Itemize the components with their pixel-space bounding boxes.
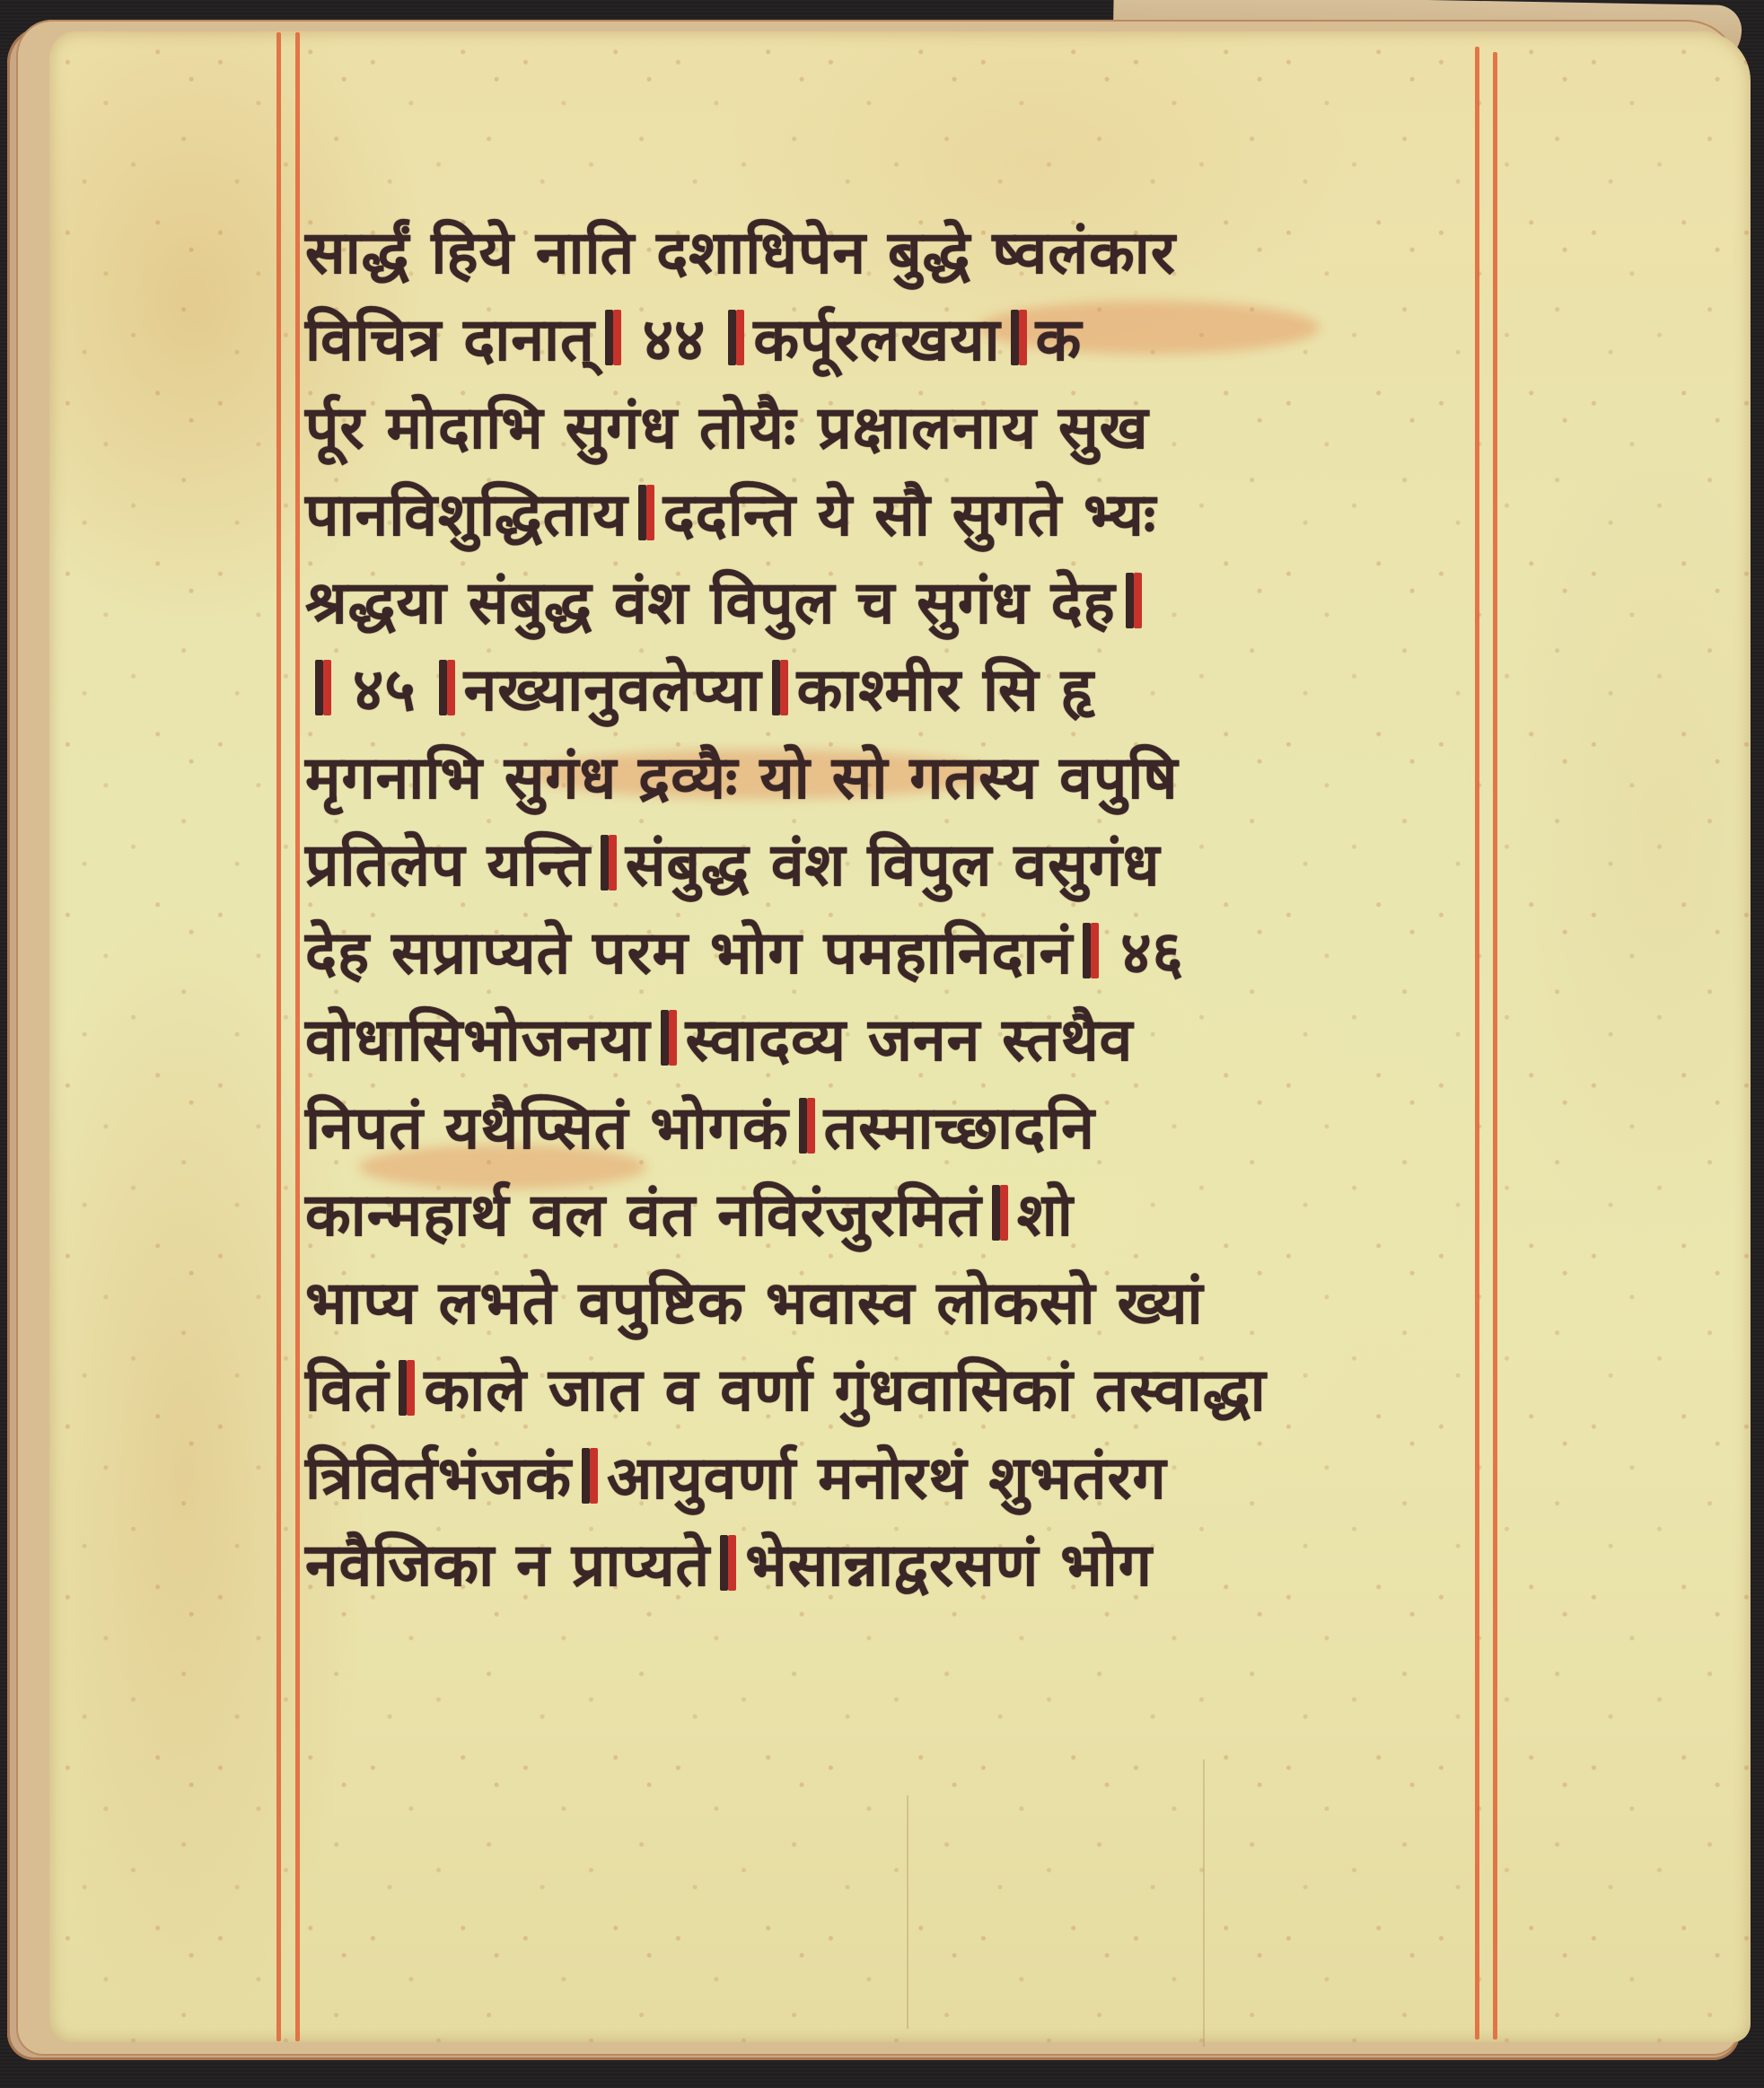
text-segment: कर्पूरलखया xyxy=(753,297,1000,378)
text-segment: काले जात व वर्णा गुंधवासिकां तस्वाद्धा xyxy=(424,1347,1266,1428)
text-segment: स्वादव्य जनन स्तथैव xyxy=(686,997,1134,1078)
text-segment: श्रद्धया संबुद्ध वंश विपुल च सुगंध देह xyxy=(305,560,1116,641)
verse-number-45: ४५ xyxy=(353,647,417,728)
text-segment: देह सप्राप्यते परम भोग पमहानिदानं xyxy=(305,910,1073,991)
verse-number-44: ४४ xyxy=(643,297,706,378)
text-line-16: नवैजिका न प्राप्यते भेसान्नाद्वरसणं भोग xyxy=(305,1520,1472,1608)
text-line-7: मृगनाभि सुगंध द्रव्यैः यो सो गतस्य वपुषि xyxy=(305,732,1472,820)
paper-crease xyxy=(907,1795,908,2029)
red-danda-mark xyxy=(669,1010,677,1066)
text-segment: वितं xyxy=(305,1347,389,1428)
paper-crease xyxy=(1203,1759,1205,2047)
red-danda-mark xyxy=(728,1535,736,1591)
red-danda-mark xyxy=(613,310,621,365)
text-segment: पानविशुद्धिताय xyxy=(305,472,628,553)
left-margin-rule-inner xyxy=(295,32,300,2041)
text-segment: तस्माच्छादनि xyxy=(824,1085,1095,1166)
text-line-3: र्पूर मोदाभि सुगंध तोयैः प्रक्षालनाय सुख xyxy=(305,382,1472,469)
manuscript-text-block: सार्द्धं हिये नाति दशाधिपेन बुद्धे ष्वलं… xyxy=(305,206,1472,1607)
left-margin-rule-outer xyxy=(276,32,281,2041)
text-line-12: कान्महार्थ वल वंत नविरंजुरमितं शो xyxy=(305,1170,1472,1258)
text-segment: नख्यानुवलेप्या xyxy=(464,647,762,728)
text-segment: वोधासिभोजनया xyxy=(305,997,651,1078)
red-danda-mark xyxy=(407,1360,415,1416)
text-segment: विचित्र दानात् xyxy=(305,297,595,378)
text-line-9: देह सप्राप्यते परम भोग पमहानिदानं ४६ xyxy=(305,907,1472,995)
text-segment: भाप्य लभते वपुष्टिक भवास्व लोकसो ख्यां xyxy=(305,1260,1204,1341)
red-danda-mark xyxy=(1000,1185,1008,1241)
red-danda-mark xyxy=(736,310,744,365)
red-danda-mark xyxy=(807,1098,815,1154)
text-line-2: विचित्र दानात् ४४ कर्पूरलखया क xyxy=(305,294,1472,382)
text-segment: र्पूर मोदाभि सुगंध तोयैः प्रक्षालनाय सुख xyxy=(305,385,1149,466)
red-danda-mark xyxy=(646,485,654,540)
text-line-14: वितं काले जात व वर्णा गुंधवासिकां तस्वाद… xyxy=(305,1345,1472,1433)
text-segment: कान्महार्थ वल वंत नविरंजुरमितं xyxy=(305,1172,982,1253)
red-danda-mark xyxy=(1134,573,1142,628)
red-danda-mark xyxy=(780,660,788,715)
text-segment: शो xyxy=(1017,1172,1074,1253)
text-line-15: त्रिविर्तभंजकं आयुवर्णा मनोरथं शुभतंरग xyxy=(305,1432,1472,1520)
text-segment: काश्मीर सि हृ xyxy=(797,647,1094,728)
text-line-11: निपतं यथैप्सितं भोगकं तस्माच्छादनि xyxy=(305,1082,1472,1170)
text-line-6: ४५ नख्यानुवलेप्या काश्मीर सि हृ xyxy=(305,645,1472,733)
text-line-13: भाप्य लभते वपुष्टिक भवास्व लोकसो ख्यां xyxy=(305,1257,1472,1345)
text-segment: भेसान्नाद्वरसणं भोग xyxy=(745,1522,1153,1603)
verse-number-46: ४६ xyxy=(1120,910,1184,991)
text-line-4: पानविशुद्धिताय ददन्ति ये सौ सुगते भ्यः xyxy=(305,469,1472,557)
right-margin-rule-inner xyxy=(1475,47,1479,2040)
text-segment: क xyxy=(1036,297,1083,378)
text-segment: मृगनाभि सुगंध द्रव्यैः यो सो गतस्य वपुषि xyxy=(305,735,1179,816)
text-segment: सार्द्धं हिये नाति दशाधिपेन बुद्धे ष्वलं… xyxy=(305,210,1176,291)
red-danda-mark xyxy=(590,1448,598,1504)
red-danda-mark xyxy=(609,835,617,890)
red-danda-mark xyxy=(323,660,331,715)
right-margin-rule-outer xyxy=(1493,52,1497,2040)
text-segment: आयुवर्णा मनोरथं शुभतंरग xyxy=(607,1435,1167,1516)
text-line-1: सार्द्धं हिये नाति दशाधिपेन बुद्धे ष्वलं… xyxy=(305,206,1472,294)
text-segment: ददन्ति ये सौ सुगते भ्यः xyxy=(663,472,1157,553)
text-line-5: श्रद्धया संबुद्ध वंश विपुल च सुगंध देह xyxy=(305,557,1472,645)
text-segment: निपतं यथैप्सितं भोगकं xyxy=(305,1085,789,1166)
text-segment: त्रिविर्तभंजकं xyxy=(305,1435,572,1516)
red-danda-mark xyxy=(1091,923,1099,978)
text-segment: प्रतिलेप यन्ति xyxy=(305,822,591,903)
text-segment: संबुद्ध वंश विपुल वसुगंध xyxy=(626,822,1161,903)
red-danda-mark xyxy=(1019,310,1027,365)
text-segment: नवैजिका न प्राप्यते xyxy=(305,1522,710,1603)
text-line-10: वोधासिभोजनया स्वादव्य जनन स्तथैव xyxy=(305,995,1472,1083)
red-danda-mark xyxy=(447,660,455,715)
text-line-8: प्रतिलेप यन्ति संबुद्ध वंश विपुल वसुगंध xyxy=(305,820,1472,908)
